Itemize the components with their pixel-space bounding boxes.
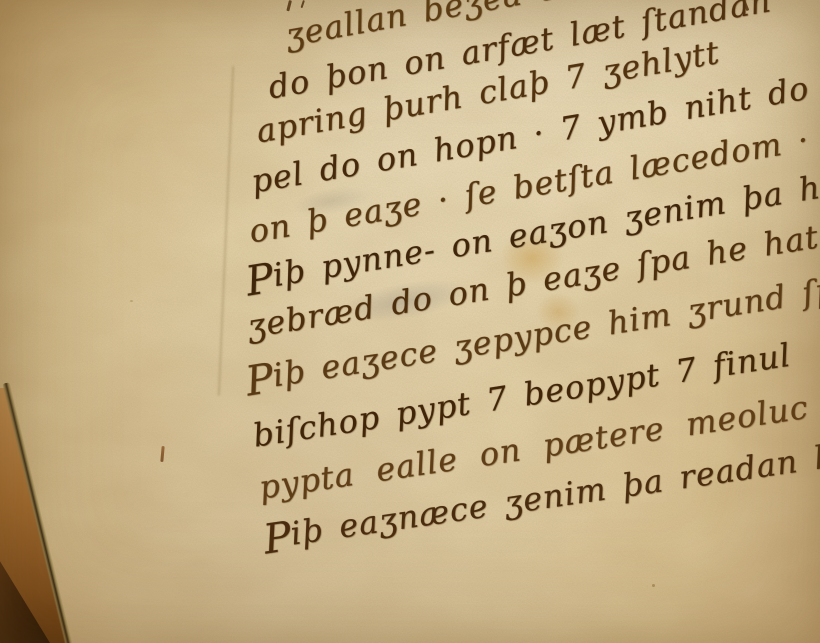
ink-fragment [286,0,292,11]
manuscript-photo: ʒeallan beʒea emdo þon on arfæt læt ſtan… [0,0,820,643]
enlarged-initial: P [242,354,277,406]
speck [130,300,133,302]
parchment-crease [218,66,234,396]
scratch-mark [160,446,164,462]
ink-fragment [301,0,305,8]
speck [652,584,655,587]
enlarged-initial: P [242,254,277,306]
enlarged-initial: P [260,512,294,563]
